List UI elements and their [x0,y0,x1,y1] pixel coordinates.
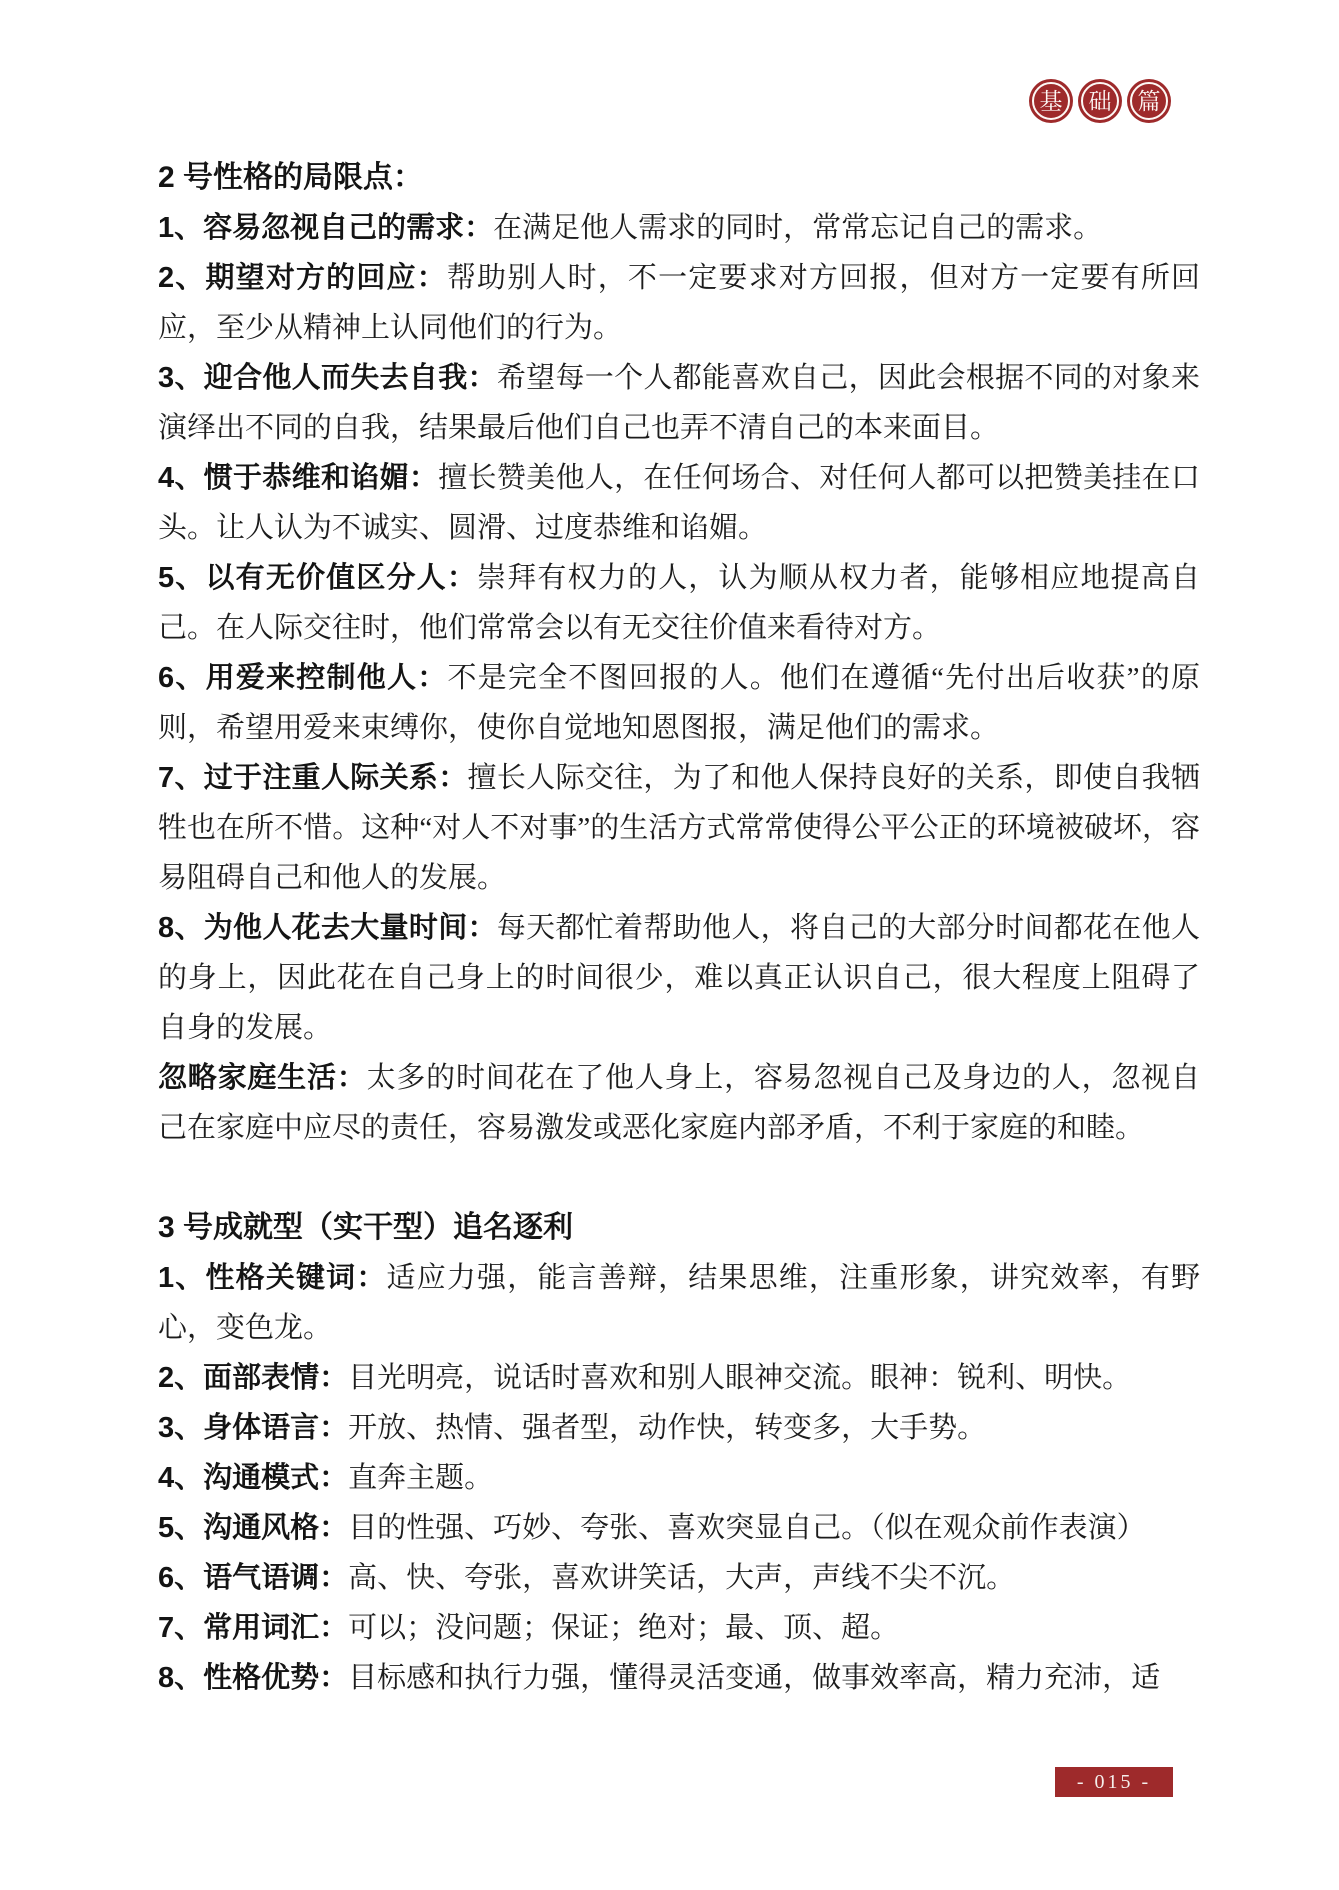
list-item: 3、迎合他人而失去自我：希望每一个人都能喜欢自己，因此会根据不同的对象来演绎出不… [158,353,1200,453]
item-label: 2、面部表情： [158,1362,348,1394]
item-text: 开放、热情、强者型，动作快，转变多，大手势。 [348,1412,986,1444]
item-label: 3、迎合他人而失去自我： [158,362,497,394]
list-item: 8、为他人花去大量时间：每天都忙着帮助他人，将自己的大部分时间都花在他人的身上，… [158,903,1200,1053]
list-item: 4、沟通模式：直奔主题。 [158,1453,1200,1503]
item-label: 忽略家庭生活： [158,1062,367,1094]
list-item: 6、语气语调：高、快、夸张，喜欢讲笑话，大声，声线不尖不沉。 [158,1553,1200,1603]
list-item: 2、面部表情：目光明亮，说话时喜欢和别人眼神交流。眼神：锐利、明快。 [158,1353,1200,1403]
item-text: 目的性强、巧妙、夸张、喜欢突显自己。（似在观众前作表演） [348,1512,1146,1544]
list-item: 7、常用词汇：可以；没问题；保证；绝对；最、顶、超。 [158,1603,1200,1653]
section-badge-char: 篇 [1138,90,1161,113]
item-label: 7、过于注重人际关系： [158,762,468,794]
item-label: 4、惯于恭维和谄媚： [158,462,438,494]
item-text: 在满足他人需求的同时，常常忘记自己的需求。 [493,212,1102,244]
item-text: 直奔主题。 [348,1462,493,1494]
section-badge: 础 [1078,79,1122,123]
list-item: 6、用爱来控制他人：不是完全不图回报的人。他们在遵循“先付出后收获”的原则，希望… [158,653,1200,753]
section-badge-char: 基 [1040,90,1063,113]
list-item: 8、性格优势：目标感和执行力强，懂得灵活变通，做事效率高，精力充沛，适 [158,1653,1200,1703]
section-badge: 篇 [1127,79,1171,123]
list-item: 5、沟通风格：目的性强、巧妙、夸张、喜欢突显自己。（似在观众前作表演） [158,1503,1200,1553]
item-text: 目标感和执行力强，懂得灵活变通，做事效率高，精力充沛，适 [348,1662,1160,1694]
item-label: 1、容易忽视自己的需求： [158,212,493,244]
list-item: 3、身体语言：开放、热情、强者型，动作快，转变多，大手势。 [158,1403,1200,1453]
item-label: 4、沟通模式： [158,1462,348,1494]
item-text: 可以；没问题；保证；绝对；最、顶、超。 [348,1612,899,1644]
list-item: 5、以有无价值区分人：崇拜有权力的人，认为顺从权力者，能够相应地提高自己。在人际… [158,553,1200,653]
item-label: 2、期望对方的回应： [158,262,447,294]
item-label: 6、语气语调： [158,1562,348,1594]
page-body: 2 号性格的局限点： 1、容易忽视自己的需求：在满足他人需求的同时，常常忘记自己… [158,153,1200,1703]
item-label: 5、以有无价值区分人： [158,562,477,594]
item-label: 5、沟通风格： [158,1512,348,1544]
section-badge: 基 [1029,79,1073,123]
page: { "colors": { "accent": "#9e2a2b", "text… [0,0,1339,1890]
section-badge-group: 基 础 篇 [1029,79,1171,123]
list-item: 1、容易忽视自己的需求：在满足他人需求的同时，常常忘记自己的需求。 [158,203,1200,253]
section-heading-type3-achiever: 3 号成就型（实干型）追名逐利 [158,1203,1200,1253]
list-item: 忽略家庭生活：太多的时间花在了他人身上，容易忽视自己及身边的人，忽视自己在家庭中… [158,1053,1200,1153]
list-item: 1、性格关键词：适应力强，能言善辩，结果思维，注重形象，讲究效率，有野心，变色龙… [158,1253,1200,1353]
item-label: 1、性格关键词： [158,1262,387,1294]
item-text: 高、快、夸张，喜欢讲笑话，大声，声线不尖不沉。 [348,1562,1015,1594]
item-label: 3、身体语言： [158,1412,348,1444]
item-text: 目光明亮，说话时喜欢和别人眼神交流。眼神：锐利、明快。 [348,1362,1131,1394]
section-badge-char: 础 [1089,90,1112,113]
item-label: 6、用爱来控制他人： [158,662,447,694]
page-number-badge: - 015 - [1055,1767,1173,1797]
item-label: 8、为他人花去大量时间： [158,912,497,944]
item-label: 7、常用词汇： [158,1612,348,1644]
item-label: 8、性格优势： [158,1662,348,1694]
list-item: 4、惯于恭维和谄媚：擅长赞美他人，在任何场合、对任何人都可以把赞美挂在口头。让人… [158,453,1200,553]
list-item: 7、过于注重人际关系：擅长人际交往，为了和他人保持良好的关系，即使自我牺牲也在所… [158,753,1200,903]
section-heading-type2-limitations: 2 号性格的局限点： [158,153,1200,203]
list-item: 2、期望对方的回应：帮助别人时，不一定要求对方回报，但对方一定要有所回应，至少从… [158,253,1200,353]
